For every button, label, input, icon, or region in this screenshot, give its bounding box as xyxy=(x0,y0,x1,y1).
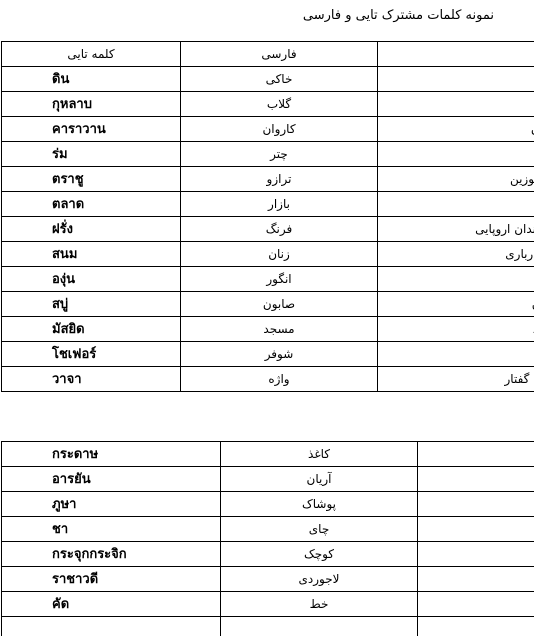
cell-meaning: انگور xyxy=(378,267,534,292)
cell-persian: زنان xyxy=(181,242,378,267)
cell-thai: ดิน xyxy=(2,67,181,92)
cell-thai: ภูษา xyxy=(2,492,221,517)
cell-thai: กระดาษ xyxy=(2,442,221,467)
cell-persian: کاغذ xyxy=(221,442,418,467)
table-row: خاک خاکی ดิน xyxy=(2,67,534,92)
cell-meaning: چای xyxy=(418,517,534,542)
cell-persian: انگور xyxy=(181,267,378,292)
cell-thai: อารยัน xyxy=(2,467,221,492)
cell-meaning: مسجد xyxy=(378,317,534,342)
cell-persian: واژه xyxy=(181,367,378,392)
cell-meaning: اجناس کوچک xyxy=(418,542,534,567)
cell-thai: คาราวาน xyxy=(2,117,181,142)
cell-persian: خاکی xyxy=(181,67,378,92)
word-table-2: کاغذ کاغذ กระดาษ نژاد ایرانی آریان อารยั… xyxy=(1,441,534,636)
table-row: صابون صابون สบู่ xyxy=(2,292,534,317)
document-title: نمونه کلمات مشترک تایی و فارسی xyxy=(303,8,494,23)
cell-persian: فرنگ xyxy=(181,217,378,242)
cell-thai: ตลาด xyxy=(2,192,181,217)
cell-meaning: شهروندان اروپایی xyxy=(378,217,534,242)
table-header-row: معنا فارسی کلمه تایی xyxy=(2,42,534,67)
table-row: چای چای ชา xyxy=(2,517,534,542)
table-row: نژاد ایرانی آریان อารยัน xyxy=(2,467,534,492)
cell-persian: چای xyxy=(221,517,418,542)
cell-persian: مسجد xyxy=(181,317,378,342)
cell-meaning: زنان درباری xyxy=(378,242,534,267)
word-table-1: معنا فارسی کلمه تایی خاک خاکی ดิน گلاب گ… xyxy=(1,41,534,392)
cell-thai: กระจุกกระจิก xyxy=(2,542,221,567)
cell-persian: گلاب xyxy=(181,92,378,117)
table-row: ابزار توزین ترازو ตราชู xyxy=(2,167,534,192)
cell-meaning: خاک xyxy=(378,67,534,92)
cell-thai: องุ่น xyxy=(2,267,181,292)
cell-persian: ترازو xyxy=(181,167,378,192)
header-persian: فارسی xyxy=(181,42,378,67)
cell-meaning: رنگ آبی xyxy=(418,567,534,592)
cell-persian: بازار xyxy=(181,192,378,217)
cell-meaning: سخن، گفتار xyxy=(378,367,534,392)
cell-thai: วาจา xyxy=(2,367,181,392)
cell-thai: มัสยิด xyxy=(2,317,181,342)
cell-thai: สนม xyxy=(2,242,181,267)
cell-persian: صابون xyxy=(181,292,378,317)
table-row-empty xyxy=(2,617,534,636)
cell-thai: สบู่ xyxy=(2,292,181,317)
table-row: انگور انگور องุ่น xyxy=(2,267,534,292)
table-row: راننده شوفر โชเฟอร์ xyxy=(2,342,534,367)
cell-thai: โชเฟอร์ xyxy=(2,342,181,367)
table-row: لباس پوشاک ภูษา xyxy=(2,492,534,517)
cell-meaning: کاغذ xyxy=(418,442,534,467)
table-row: مسجد مسجد มัสยิด xyxy=(2,317,534,342)
cell-persian: کاروان xyxy=(181,117,378,142)
cell-meaning xyxy=(418,617,534,636)
cell-thai: ชา xyxy=(2,517,221,542)
cell-thai xyxy=(2,617,221,636)
cell-persian: آریان xyxy=(221,467,418,492)
cell-meaning: چتر xyxy=(378,142,534,167)
header-meaning: معنا xyxy=(378,42,534,67)
header-thai: کلمه تایی xyxy=(2,42,181,67)
cell-persian: خط xyxy=(221,592,418,617)
cell-meaning: کاروان xyxy=(378,117,534,142)
cell-thai: ฝรั่ง xyxy=(2,217,181,242)
cell-meaning: نژاد ایرانی xyxy=(418,467,534,492)
table-row: خط คัด xyxy=(2,592,534,617)
cell-meaning: راننده xyxy=(378,342,534,367)
table-row: کاروان کاروان คาราวาน xyxy=(2,117,534,142)
table-row: شهروندان اروپایی فرنگ ฝรั่ง xyxy=(2,217,534,242)
table-row: بازار بازار ตลาด xyxy=(2,192,534,217)
cell-persian: چتر xyxy=(181,142,378,167)
table-row: اجناس کوچک کوچک กระจุกกระจิก xyxy=(2,542,534,567)
cell-thai: คัด xyxy=(2,592,221,617)
cell-persian: لاجوردی xyxy=(221,567,418,592)
cell-thai: กุหลาบ xyxy=(2,92,181,117)
cell-persian: کوچک xyxy=(221,542,418,567)
table-row: گلاب گلاب กุหลาบ xyxy=(2,92,534,117)
table-row: زنان درباری زنان สนม xyxy=(2,242,534,267)
cell-persian: پوشاک xyxy=(221,492,418,517)
cell-meaning: ابزار توزین xyxy=(378,167,534,192)
cell-persian xyxy=(221,617,418,636)
cell-meaning: صابون xyxy=(378,292,534,317)
cell-persian: شوفر xyxy=(181,342,378,367)
cell-thai: ตราชู xyxy=(2,167,181,192)
table-row: کاغذ کاغذ กระดาษ xyxy=(2,442,534,467)
cell-meaning: گلاب xyxy=(378,92,534,117)
cell-meaning: بازار xyxy=(378,192,534,217)
cell-thai: ร่ม xyxy=(2,142,181,167)
cell-thai: ราชาวดี xyxy=(2,567,221,592)
cell-meaning: لباس xyxy=(418,492,534,517)
table-row: رنگ آبی لاجوردی ราชาวดี xyxy=(2,567,534,592)
table-row: چتر چتر ร่ม xyxy=(2,142,534,167)
cell-meaning xyxy=(418,592,534,617)
table-row: سخن، گفتار واژه วาจา xyxy=(2,367,534,392)
